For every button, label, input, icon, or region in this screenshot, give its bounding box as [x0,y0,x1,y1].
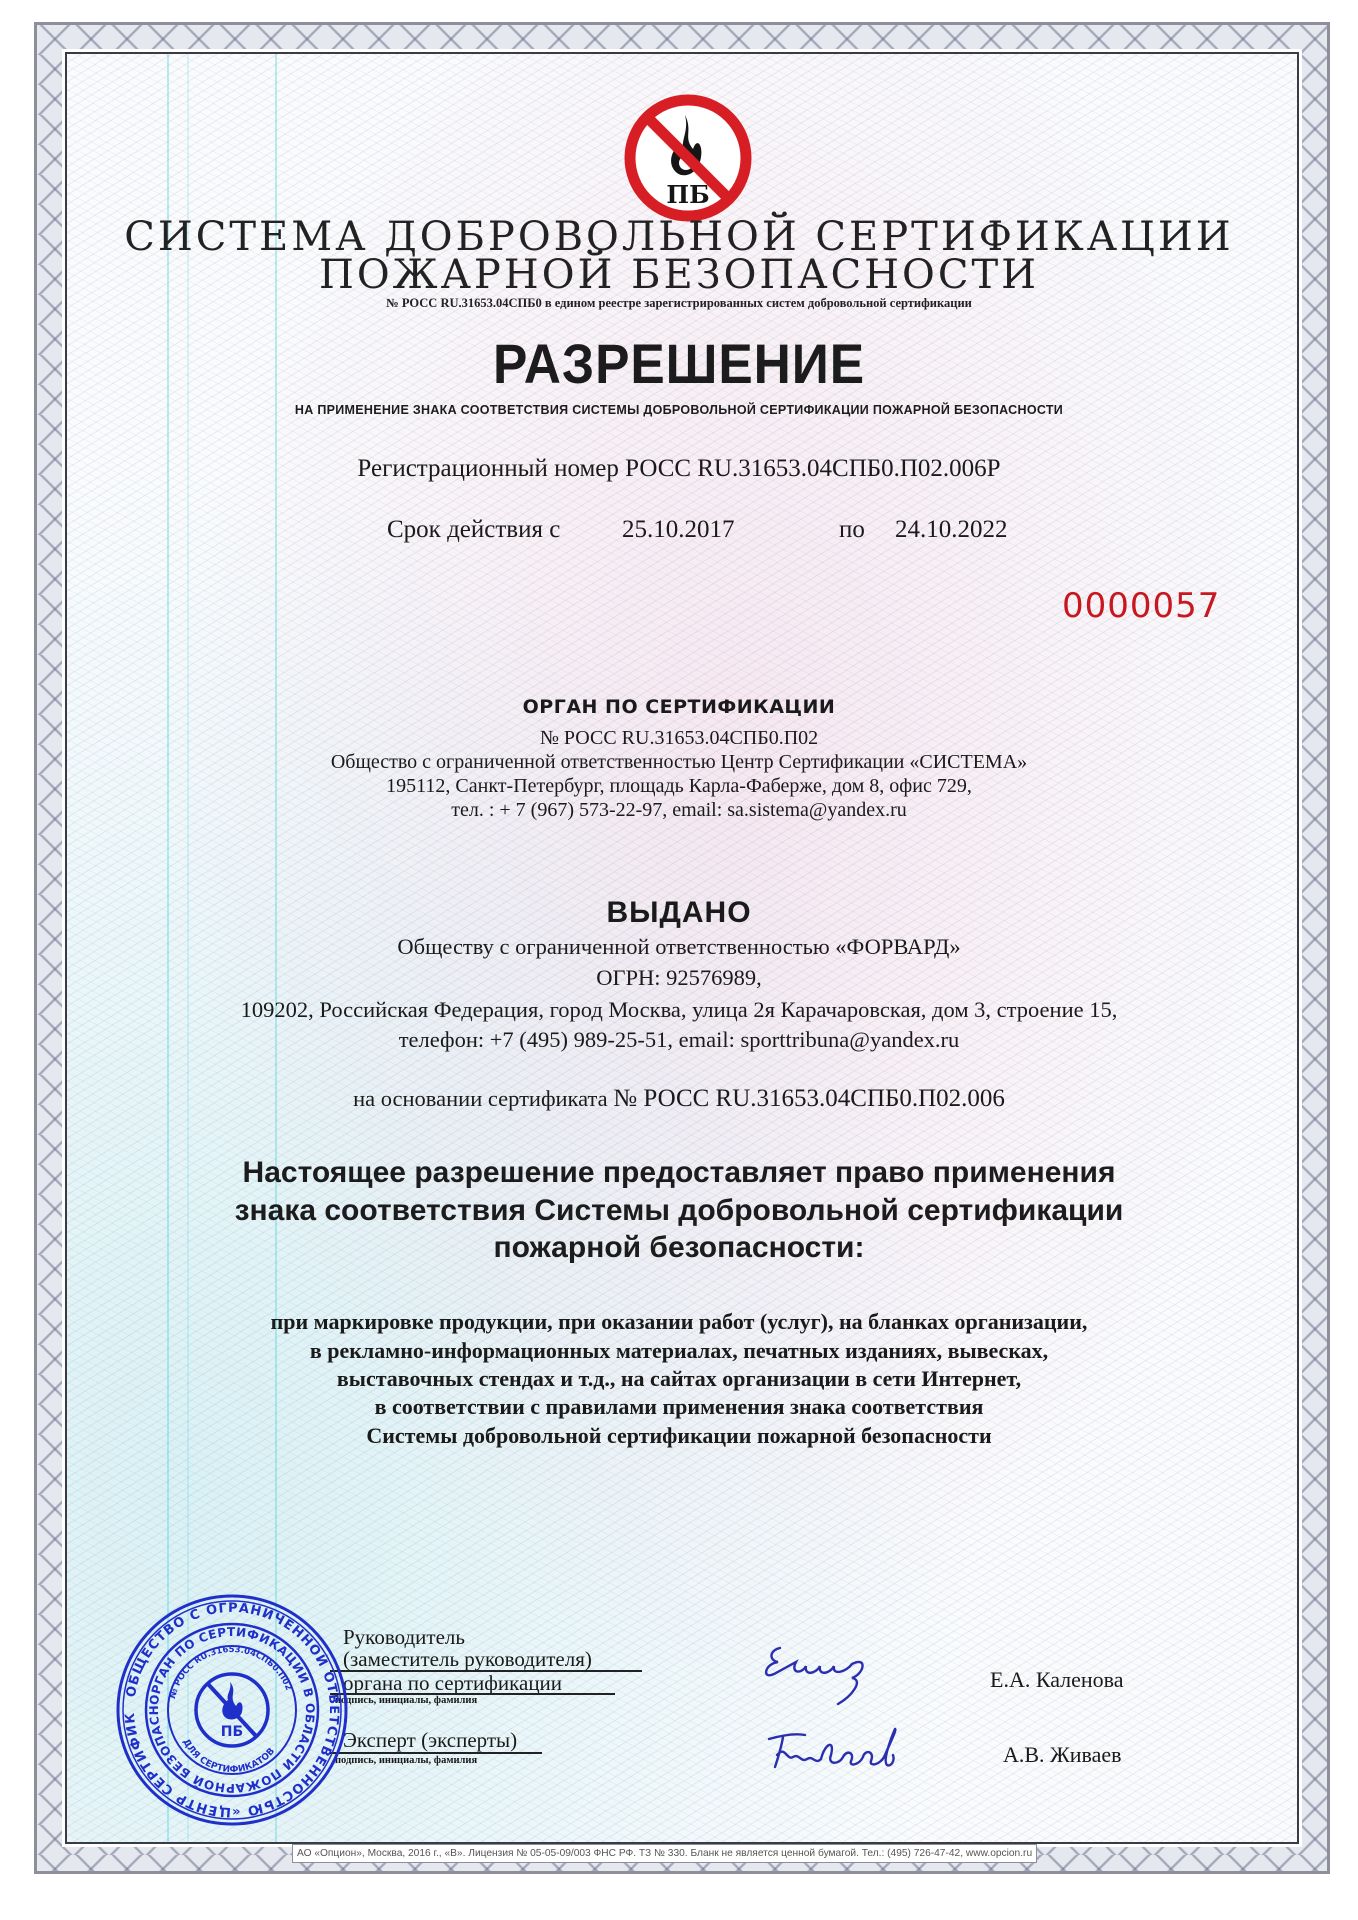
usage-line: в рекламно-информационных материалах, пе… [0,1338,1358,1364]
validity-date-from: 25.10.2017 [622,516,735,544]
signature-hint: подпись, инициалы, фамилия [335,1695,477,1706]
issued-to-ogrn: ОГРН: 92576989, [0,965,1358,991]
signature-hint: подпись, инициалы, фамилия [335,1755,477,1766]
registry-note: № РОСС RU.31653.04СПБ0 в едином реестре … [0,296,1358,311]
expert-label: Эксперт (эксперты) [343,1728,517,1753]
document-subtitle: НА ПРИМЕНЕНИЕ ЗНАКА СООТВЕТСТВИЯ СИСТЕМЫ… [0,403,1358,417]
registration-number: Регистрационный номер РОСС RU.31653.04СП… [0,455,1358,483]
rights-heading: пожарной безопасности: [0,1231,1358,1265]
certification-body-title: ОРГАН ПО СЕРТИФИКАЦИИ [0,696,1358,718]
issued-to-title: ВЫДАНО [0,896,1358,930]
usage-line: в соответствии с правилами применения зн… [0,1394,1358,1420]
certification-body-contacts: тел. : + 7 (967) 573-22-97, email: sa.si… [0,799,1358,822]
printer-imprint: АО «Опцион», Москва, 2016 г., «В». Лицен… [292,1844,1037,1863]
head-signatory-name: Е.А. Каленова [990,1667,1124,1693]
usage-line: Системы добровольной сертификации пожарн… [0,1423,1358,1449]
expert-name: А.В. Живаев [1003,1742,1122,1768]
official-stamp: ОБЩЕСТВО С ОГРАНИЧЕННОЙ ОТВЕТСТВЕННОСТЬЮ… [112,1590,352,1830]
certification-body-address: 195112, Санкт-Петербург, площадь Карла-Ф… [0,775,1358,798]
no-fire-icon: ПБ [623,93,753,223]
rights-heading: Настоящее разрешение предоставляет право… [0,1156,1358,1190]
certification-body-number: № РОСС RU.31653.04СПБ0.П02 [0,727,1358,750]
document-title: РАЗРЕШЕНИЕ [54,331,1303,396]
basis-prefix: на основании сертификата [353,1086,608,1111]
svg-text:ДЛЯ СЕРТИФИКАТОВ: ДЛЯ СЕРТИФИКАТОВ [180,1738,277,1776]
usage-line: выставочных стендах и т.д., на сайтах ор… [0,1366,1358,1392]
system-title-line2: ПОЖАРНОЙ БЕЗОПАСНОСТИ [0,252,1358,298]
head-signatory-label-2: (заместитель руководителя) [343,1647,592,1672]
svg-text:ПБ: ПБ [666,180,709,209]
issued-to-contacts: телефон: +7 (495) 989-25-51, email: spor… [0,1027,1358,1053]
validity-from-label: Срок действия с [387,516,560,544]
issued-to-company: Обществу с ограниченной ответственностью… [0,934,1358,960]
issued-to-address: 109202, Российская Федерация, город Моск… [0,997,1358,1023]
rights-heading: знака соответствия Системы добровольной … [0,1194,1358,1228]
basis-certificate-number: № РОСС RU.31653.04СПБ0.П02.006 [613,1085,1005,1112]
stamp-center-label: ПБ [221,1724,243,1740]
usage-line: при маркировке продукции, при оказании р… [0,1309,1358,1335]
serial-number: 0000057 [1062,586,1220,626]
validity-date-to: 24.10.2022 [895,516,1008,544]
signature-line [330,1752,542,1754]
expert-signature [765,1725,905,1780]
certificate-basis: на основании сертификата № РОСС RU.31653… [0,1085,1358,1113]
head-signature [760,1640,900,1710]
certification-body-name: Общество с ограниченной ответственностью… [0,751,1358,774]
validity-to-label: по [839,516,865,544]
stamp-inner-bottom-text: ДЛЯ СЕРТИФИКАТОВ [180,1738,277,1776]
